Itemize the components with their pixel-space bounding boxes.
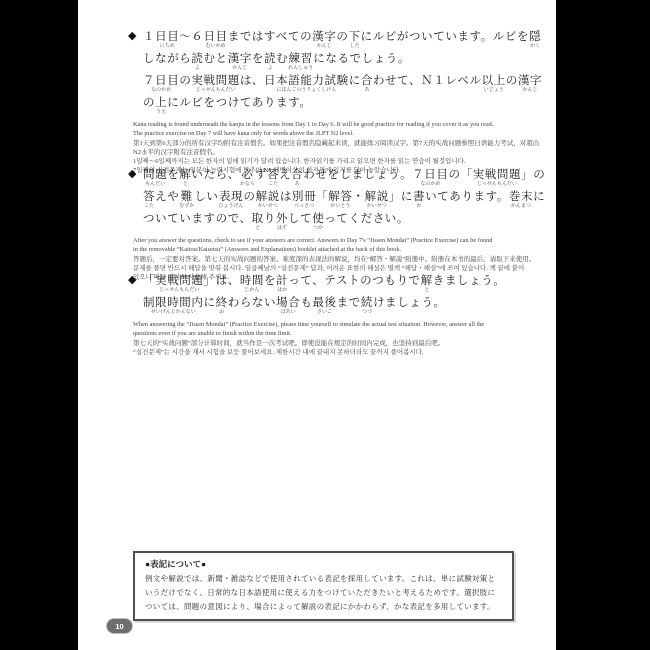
page-number: 10 (115, 622, 123, 631)
translation-english: After you answer the questions, check to… (133, 236, 547, 255)
translation-chinese: 第1天到第6天部分的所有汉字均附有注音假名。如果把注音假名隐藏起来读，就能练习阅… (133, 139, 547, 158)
translation-korean: “실전문제”는 시간을 재서 시험을 보듯 풀어보세요. 제한시간 내에 끝내지… (133, 348, 547, 357)
book-page: ◆ １日目にちめ～６日目むいかめまではすべての漢字かんじの下したにルビがついてい… (78, 0, 556, 650)
book-page-screenshot: { "page": { "number": "10" }, "sections"… (0, 0, 650, 650)
translation-chinese: 第七天的“实战问题”部分计算时间，就当作是一次考试吧。即使没能在规定的时间内完成… (133, 339, 547, 348)
diamond-bullet-icon: ◆ (128, 167, 136, 180)
translation-chinese: 答题后，一定要对答案。第七天的实战问题的答案、难度深的表现法的解说，均在“解答・… (133, 255, 547, 264)
notation-box-title: ●表記について● (145, 558, 502, 570)
section-practice-exercise: ◆ 「実戦問題じっせんもんだい」は、時間じかんを計はかって、テストのつもりで解と… (143, 271, 547, 357)
translation-english: When answering the “Jissen Mondai” (Prac… (133, 320, 547, 339)
japanese-text: 「実戦問題じっせんもんだい」は、時間じかんを計はかって、テストのつもりで解ときま… (143, 271, 547, 315)
notation-box: ●表記について● 例文や解説では、新聞・雑誌などで使用されている表記を採用してい… (133, 551, 514, 621)
diamond-bullet-icon: ◆ (128, 273, 136, 286)
section-answer-check: ◆ 問題もんだいを解といたら、必かならず答こたえ合あわせをしましょう。７日目なの… (143, 165, 547, 282)
section-ruby-explanation: ◆ １日目にちめ～６日目むいかめまではすべての漢字かんじの下したにルビがついてい… (143, 27, 547, 176)
japanese-text: 問題もんだいを解といたら、必かならず答こたえ合あわせをしましょう。７日目なのかめ… (143, 165, 547, 231)
diamond-bullet-icon: ◆ (128, 29, 136, 42)
japanese-text: １日目にちめ～６日目むいかめまではすべての漢字かんじの下したにルビがついています… (143, 27, 547, 115)
translation-english: Kana reading is found underneath the kan… (133, 120, 547, 139)
notation-box-body: 例文や解説では、新聞・雑誌などで使用されている表記を採用しています。これは、単に… (145, 572, 502, 613)
page-number-badge: 10 (106, 618, 133, 634)
